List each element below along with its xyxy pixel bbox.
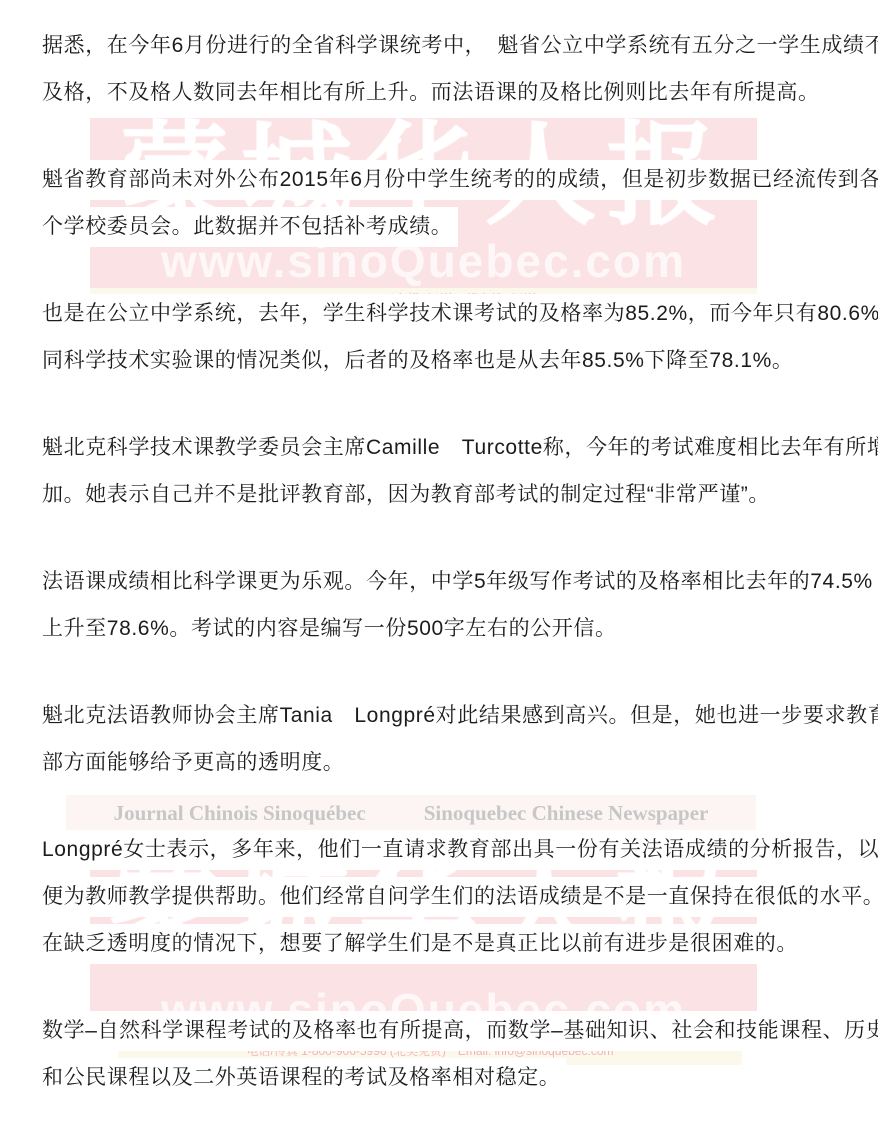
text-line: 魁北克科学技术课教学委员会主席Camille Turcotte称，今年的考试难度…	[42, 428, 878, 468]
paragraph: 魁北克法语教师协会主席Tania Longpré对此结果感到高兴。但是，她也进一…	[42, 696, 838, 790]
paragraph: 数学–自然科学课程考试的及格率也有所提高，而数学–基础知识、社会和技能课程、历史…	[42, 1011, 838, 1105]
paragraph: Longpré女士表示，多年来，他们一直请求教育部出具一份有关法语成绩的分析报告…	[42, 830, 838, 971]
text-line: 法语课成绩相比科学课更为乐观。今年，中学5年级写作考试的及格率相比去年的74.5…	[42, 562, 878, 602]
article-page: 蒙城华人报 www.sinoQuebec.com Leading the way…	[0, 0, 878, 1124]
text-line: 魁省教育部尚未对外公布2015年6月份中学生统考的的成绩，但是初步数据已经流传到…	[42, 160, 878, 200]
paragraph: 魁北克科学技术课教学委员会主席Camille Turcotte称，今年的考试难度…	[42, 428, 838, 522]
text-line: 上升至78.6%。考试的内容是编写一份500字左右的公开信。	[42, 609, 623, 649]
text-line: 数学–自然科学课程考试的及格率也有所提高，而数学–基础知识、社会和技能课程、历史	[42, 1011, 878, 1051]
paragraph: 法语课成绩相比科学课更为乐观。今年，中学5年级写作考试的及格率相比去年的74.5…	[42, 562, 838, 656]
paragraph: 也是在公立中学系统，去年，学生科学技术课考试的及格率为85.2%，而今年只有80…	[42, 294, 838, 388]
paragraph: 魁省教育部尚未对外公布2015年6月份中学生统考的的成绩，但是初步数据已经流传到…	[42, 160, 838, 254]
text-line: 及格，不及格人数同去年相比有所上升。而法语课的及格比例则比去年有所提高。	[42, 73, 826, 113]
text-line: 也是在公立中学系统，去年，学生科学技术课考试的及格率为85.2%，而今年只有80…	[42, 294, 878, 334]
text-line: 在缺乏透明度的情况下，想要了解学生们是不是真正比以前有进步是很困难的。	[42, 924, 804, 964]
text-line: 加。她表示自己并不是批评教育部，因为教育部考试的制定过程“非常严谨”。	[42, 475, 776, 515]
text-line: 据悉，在今年6月份进行的全省科学课统考中， 魁省公立中学系统有五分之一学生成绩不	[42, 26, 878, 66]
text-line: Longpré女士表示，多年来，他们一直请求教育部出具一份有关法语成绩的分析报告…	[42, 830, 878, 870]
text-line: 和公民课程以及二外英语课程的考试及格率相对稳定。	[42, 1058, 566, 1098]
text-line: 魁北克法语教师协会主席Tania Longpré对此结果感到高兴。但是，她也进一…	[42, 696, 878, 736]
paragraph: 据悉，在今年6月份进行的全省科学课统考中， 魁省公立中学系统有五分之一学生成绩不…	[42, 26, 838, 120]
text-line: 个学校委员会。此数据并不包括补考成绩。	[42, 207, 458, 247]
text-line: 部方面能够给予更高的透明度。	[42, 743, 350, 783]
article-body: 据悉，在今年6月份进行的全省科学课统考中， 魁省公立中学系统有五分之一学生成绩不…	[0, 0, 878, 1105]
text-line: 便为教师教学提供帮助。他们经常自问学生们的法语成绩是不是一直保持在很低的水平。	[42, 877, 878, 917]
text-line: 同科学技术实验课的情况类似，后者的及格率也是从去年85.5%下降至78.1%。	[42, 341, 800, 381]
